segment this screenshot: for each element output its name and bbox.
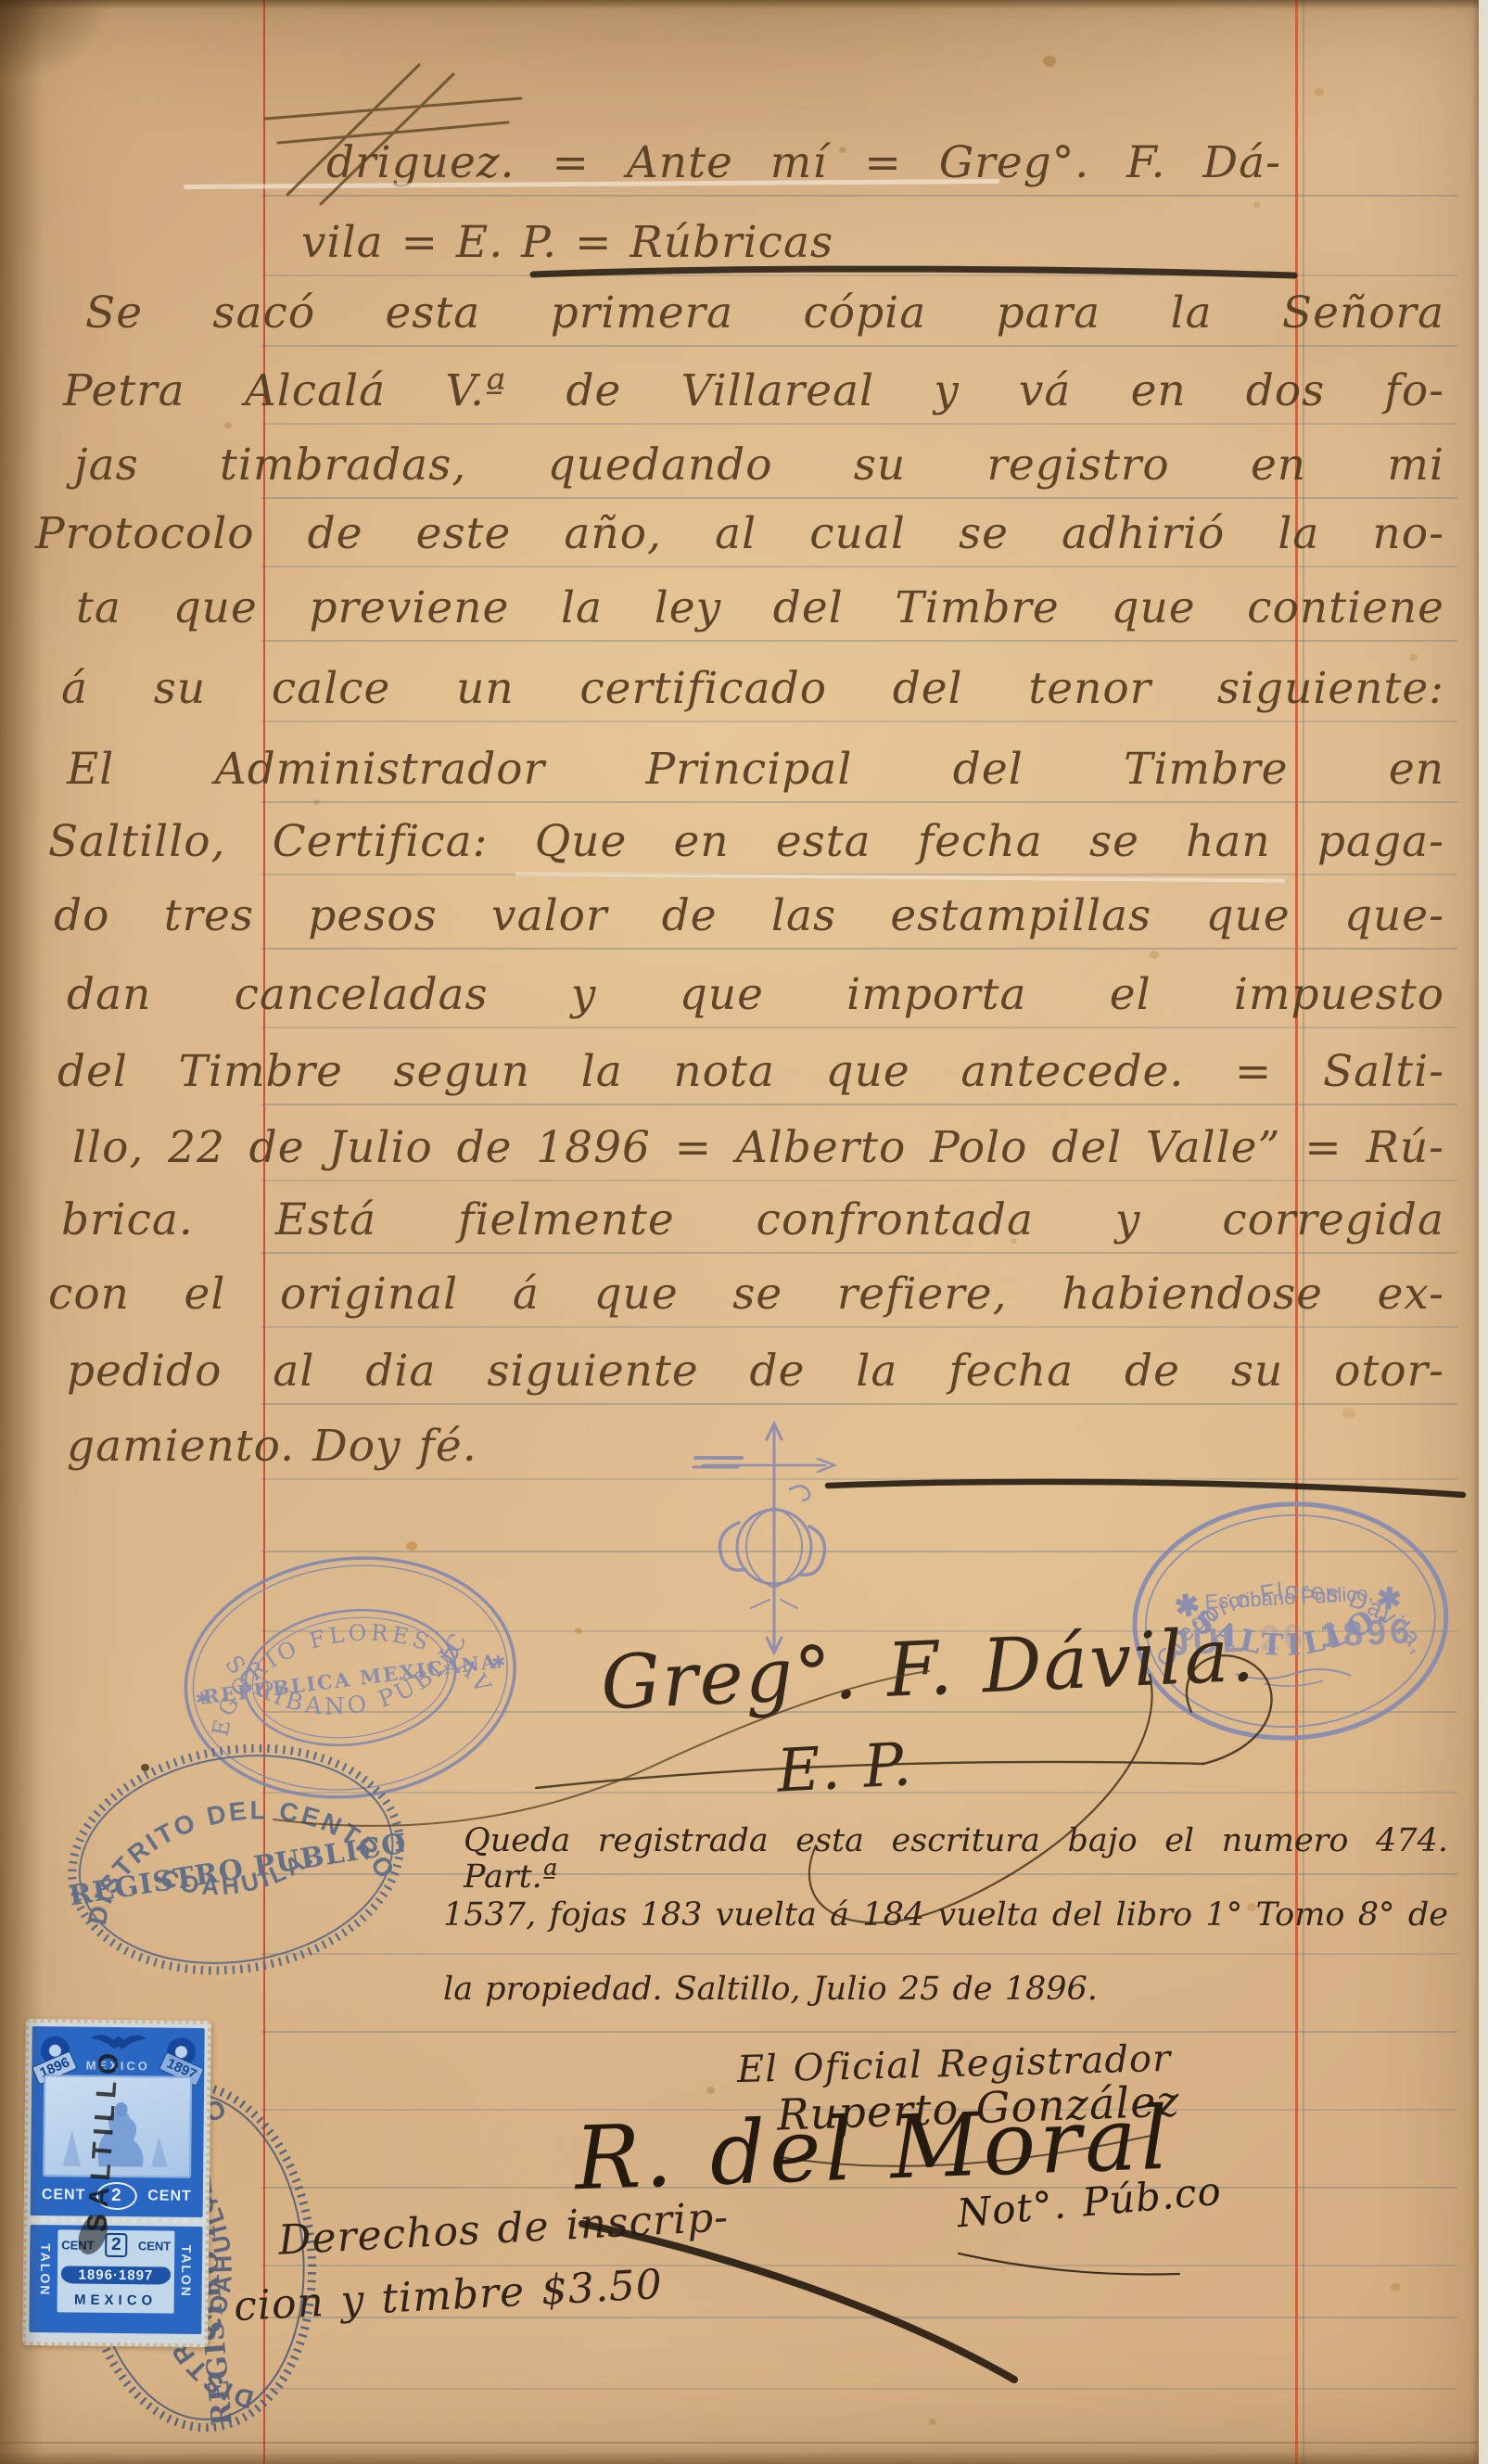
- manuscript-line: Petra Alcalá V.ª de Villareal y vá en do…: [63, 367, 1444, 415]
- foxing-spot: [1150, 951, 1159, 959]
- rule-line: [261, 1252, 1457, 1254]
- rule-line: [261, 1104, 1457, 1105]
- manuscript-line: Saltillo, Certifica: Que en esta fecha s…: [48, 818, 1444, 866]
- bottom-fold-line: [0, 2442, 1488, 2444]
- manuscript-line: brica. Está fielmente confrontada y corr…: [61, 1196, 1444, 1245]
- bottom-paper-edge: [0, 2444, 1488, 2464]
- registration-line: 1537, fojas 183 vuelta á 184 vuelta del …: [443, 1897, 1448, 1934]
- manuscript-line: Protocolo de este año, al cual se adhiri…: [35, 510, 1444, 558]
- scanner-background-strip: [1479, 0, 1488, 2464]
- rule-line: [261, 497, 1457, 499]
- rule-line: [261, 1403, 1457, 1405]
- registration-line: la propiedad. Saltillo, Julio 25 de 1896…: [443, 1972, 1098, 2008]
- rule-line: [261, 2265, 1457, 2266]
- top-paper-edge: [0, 0, 1488, 9]
- svg-text:ESCRIBANO PÚBLICO: ESCRIBANO PÚBLICO: [141, 1512, 481, 1743]
- denom-label: CENT: [42, 2187, 86, 2203]
- perforation-row: [28, 2216, 206, 2224]
- seal-arc-bottom: ESCRIBANO PÚBLICO: [141, 1512, 481, 1743]
- rule-line: [261, 2388, 1457, 2390]
- rule-line: [261, 195, 1457, 197]
- rule-line: [261, 1027, 1457, 1028]
- registry-seal: DISTRITO DEL CENTRO REGISTRO PUBLICO COA…: [39, 1711, 435, 2011]
- rule-line: [261, 1180, 1457, 1181]
- rule-line: [261, 948, 1457, 950]
- rule-line: [261, 721, 1457, 722]
- foxing-spot: [1342, 1408, 1355, 1419]
- manuscript-line: á su calce un certificado del tenor sigu…: [61, 665, 1444, 713]
- rule-line: [261, 1953, 1457, 1955]
- rule-line: [261, 566, 1457, 568]
- manuscript-line: dan canceladas y que importa el impuesto: [67, 971, 1444, 1019]
- manuscript-line: ta que previene la ley del Timbre que co…: [76, 584, 1444, 632]
- foxing-spot: [1391, 2283, 1401, 2292]
- registry-arc-bottom: COAHUILA.: [153, 1839, 324, 1911]
- manuscript-line: con el original á que se refiere, habien…: [48, 1270, 1444, 1319]
- rule-line: [261, 345, 1457, 347]
- manuscript-line: do tres pesos valor de las estampillas q…: [54, 892, 1444, 940]
- talon-country-label: MEXICO: [30, 2292, 202, 2309]
- manuscript-line: del Timbre segun la nota que antecede. =…: [57, 1048, 1444, 1096]
- rule-line: [261, 423, 1457, 425]
- foxing-spot: [1409, 654, 1418, 661]
- notary-cross-monogram: [686, 1417, 862, 1662]
- foxing-spot: [1253, 202, 1260, 208]
- foxing-spot: [1315, 88, 1324, 96]
- rule-line: [261, 874, 1457, 875]
- manuscript-line: jas timbradas, quedando su registro en m…: [74, 441, 1444, 490]
- manuscript-line: driguez. = Ante mí = Greg°. F. Dá-: [326, 139, 1281, 187]
- registration-line: Queda registrada esta escritura bajo el …: [464, 1823, 1448, 1895]
- notary-signature-initials: E. P.: [775, 1732, 913, 1805]
- rule-line: [261, 801, 1457, 803]
- manuscript-line: vila = E. P. = Rúbricas: [301, 219, 833, 267]
- manuscript-line: llo, 22 de Julio de 1896 = Alberto Polo …: [72, 1124, 1444, 1172]
- foxing-spot: [224, 422, 232, 428]
- talon-years-ribbon: 1896·1897: [61, 2266, 171, 2284]
- denom-label: CENT: [147, 2188, 192, 2204]
- fees-line-1: Derechos de inscrip-: [277, 2195, 730, 2264]
- foxing-spot: [1043, 56, 1056, 67]
- seal-ornament-icon: ✱: [195, 1689, 210, 1709]
- manuscript-line: gamiento. Doy fé.: [67, 1423, 477, 1471]
- foxing-spot: [706, 2087, 715, 2094]
- document-page: driguez. = Ante mí = Greg°. F. Dá-vila =…: [0, 0, 1488, 2464]
- seal-ornament-icon: ✱: [490, 1653, 506, 1673]
- corner-shadow: [0, 0, 111, 83]
- manuscript-line: pedido al dia siguiente de la fecha de s…: [67, 1347, 1444, 1396]
- rule-line: [261, 1326, 1457, 1328]
- rule-line: [261, 640, 1457, 642]
- denomination-band: CENT 2 CENT: [36, 2180, 197, 2212]
- foxing-spot: [929, 2419, 936, 2425]
- svg-text:COAHUILA.: COAHUILA.: [153, 1839, 324, 1911]
- rule-line: [261, 2031, 1457, 2033]
- denom-label: CENT: [138, 2239, 172, 2253]
- revenue-stamp-talon: TALON TALON CENT 2 CENT 1896·1897 MEXICO: [29, 2225, 202, 2334]
- rule-line: [261, 274, 1457, 276]
- manuscript-line: Se sacó esta primera cópia para la Señor…: [85, 289, 1444, 338]
- manuscript-line: El Administrador Principal del Timbre en: [67, 746, 1444, 794]
